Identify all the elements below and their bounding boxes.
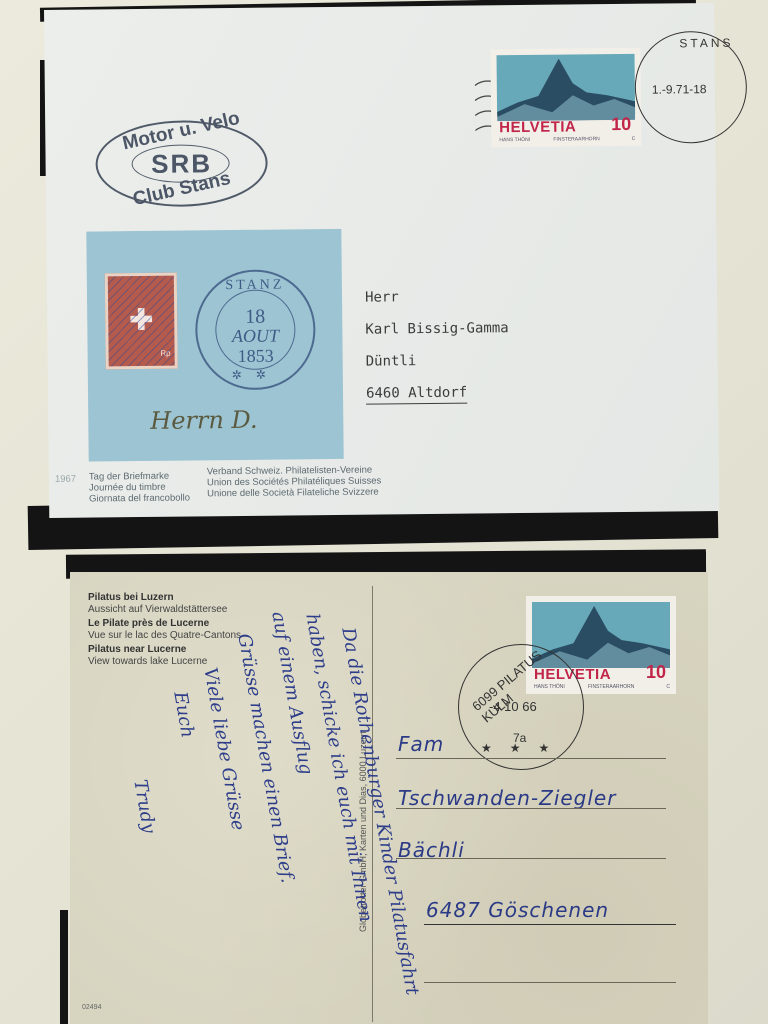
album-strip-card-left: [60, 910, 68, 1024]
rayon-stamp: Rp: [105, 273, 178, 370]
recipient-address: Herr Karl Bissig-Gamma Düntli 6460 Altdo…: [365, 280, 510, 409]
first-day-cover-1967: Motor u. Velo SRB Club Stans Rp STANZ 18…: [44, 3, 719, 518]
star-ornament-icon: ✲✲: [198, 367, 314, 382]
cover-caption: 1967 Tag der Briefmarke Journée du timbr…: [49, 459, 719, 502]
handwritten-fragment: Herrn D.: [150, 406, 257, 435]
address-line: Tschwanden-Ziegler: [398, 786, 616, 810]
address-line: Fam: [398, 732, 444, 756]
postcard-legend: Pilatus bei Luzern Aussicht auf Vierwald…: [88, 592, 241, 667]
stans-postmark: STANS 1.-9.71-18: [634, 31, 747, 144]
pilatus-postcard: Pilatus bei Luzern Aussicht auf Vierwald…: [70, 572, 708, 1024]
stanz-postmark: STANZ 18 AOUT 1853 ✲✲: [195, 269, 316, 390]
star-icon: ★★★: [481, 741, 567, 755]
finsteraarhorn-stamp: HELVETIA 10 HANS THÖNI FINSTERAARHORN C: [490, 48, 641, 148]
pilatus-kulm-postmark: 6099 PILATUS KULM -4 10 66 7a ★★★: [458, 644, 584, 770]
address-line: 6487 Göschenen: [426, 898, 609, 922]
card-number: 02494: [82, 1004, 101, 1011]
classic-cover-image: Rp STANZ 18 AOUT 1853 ✲✲ Herrn D.: [86, 229, 343, 462]
